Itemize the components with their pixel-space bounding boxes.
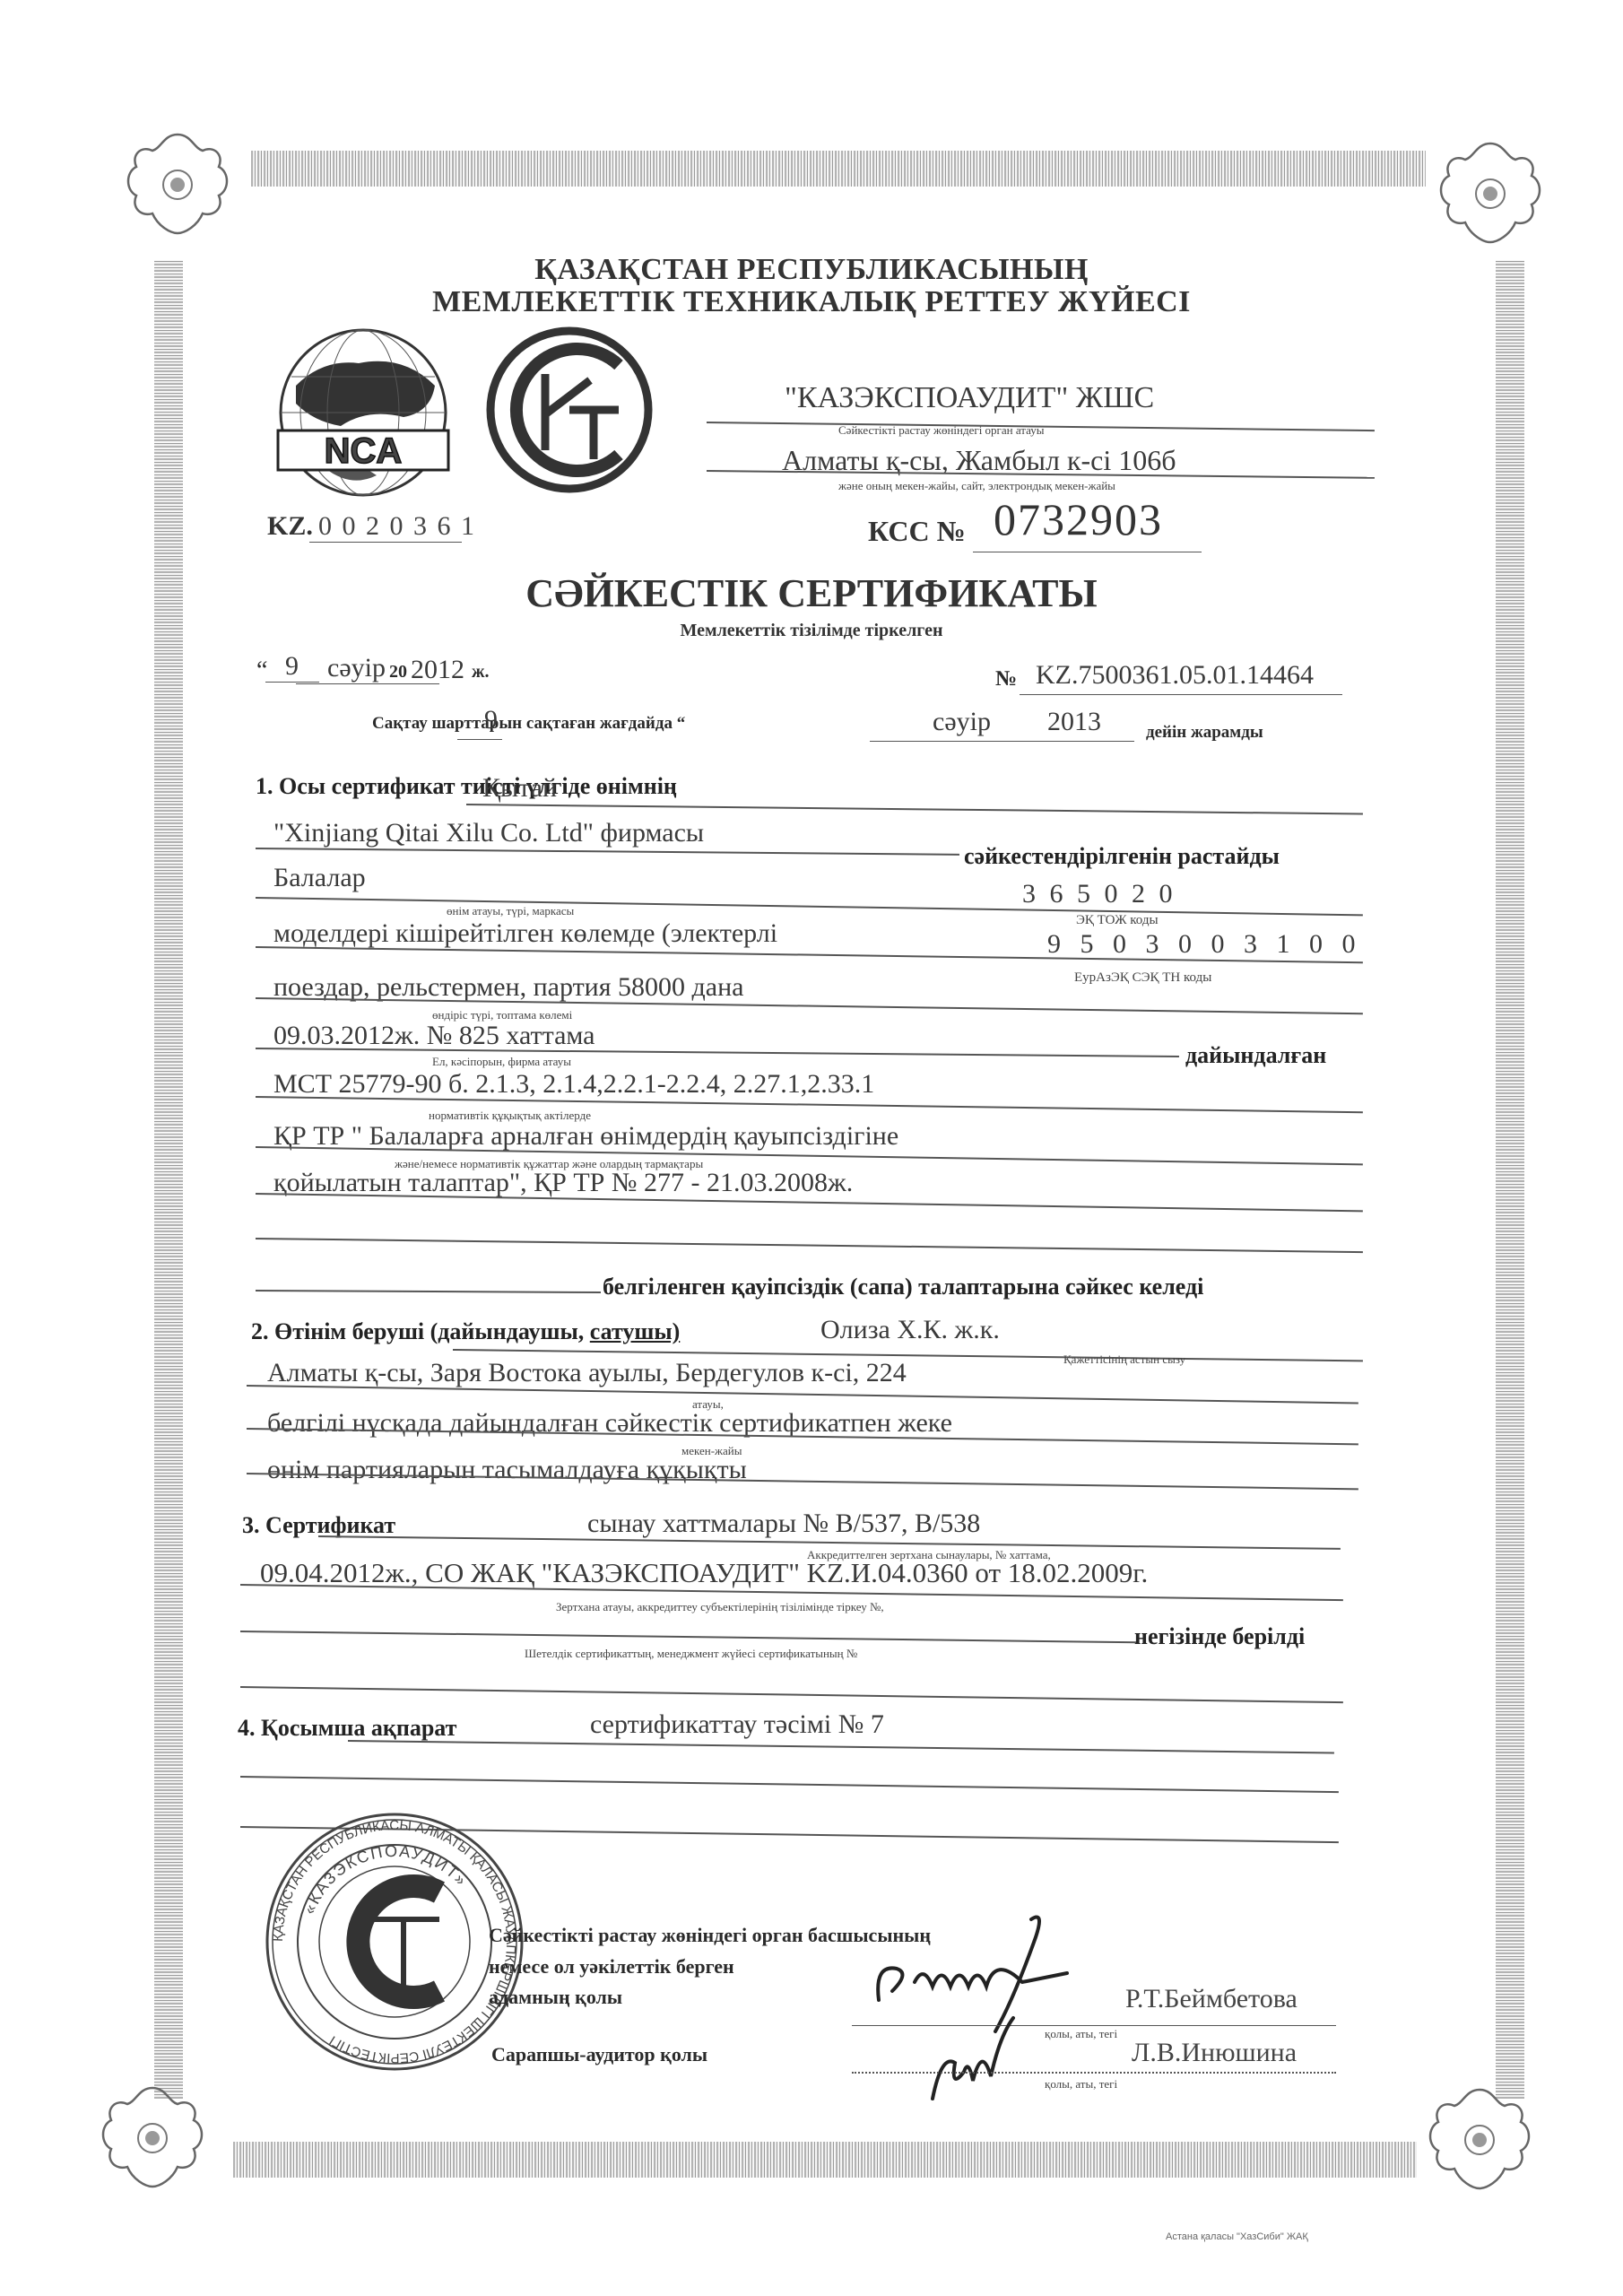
rule	[256, 1048, 1179, 1057]
product-caption: өнім атауы, түрі, маркасы	[447, 904, 574, 918]
rosette-icon	[115, 126, 240, 251]
auditor-signature-scribble-icon	[906, 2009, 1040, 2117]
ektozh-code: 3 6 5 0 2 0	[1022, 879, 1176, 909]
rule	[852, 2072, 1336, 2074]
nca-globe-logo-icon: NCA	[269, 323, 457, 502]
section1-confirms: сәйкестендірілгенін растайды	[964, 843, 1280, 870]
issue-number: KZ.7500361.05.01.14464	[1036, 660, 1314, 691]
section3-lab: 09.04.2012ж., СО ЖАҚ "КАЗЭКСПОАУДИТ" KZ.…	[260, 1557, 1148, 1589]
head-name: Р.Т.Беймбетова	[1125, 1984, 1298, 2014]
auditor-label: Сарапшы-аудитор қолы	[491, 2043, 707, 2066]
issue-month: сәуір	[327, 653, 386, 683]
tnved-caption: ЕурАзЭҚ СЭҚ ТН коды	[1074, 970, 1211, 986]
kz-number: 0 0 2 0 3 6 1	[318, 511, 476, 542]
rule	[457, 739, 502, 740]
issue-day: 9	[285, 651, 299, 682]
kt-conformity-logo-icon	[484, 325, 655, 495]
rule	[870, 741, 1134, 742]
svg-text:NCA: NCA	[325, 431, 403, 471]
printer-note: Астана қаласы "ХазСиби" ЖАҚ	[1166, 2231, 1308, 2242]
section2-label-start: 2. Өтінім беруші (дайындаушы,	[251, 1318, 590, 1344]
rule	[1020, 694, 1342, 695]
section1-product-line1: Балалар	[273, 863, 366, 893]
section1-conforms: белгіленген қауіпсіздік (сапа) талаптары…	[603, 1274, 1203, 1300]
tnved-code: 9 5 0 3 0 0 3 1 0 0	[1047, 929, 1362, 960]
validity-prefix: Сақтау шарттарын сақтаған жағдайда “	[372, 714, 685, 734]
section2-label: 2. Өтінім беруші (дайындаушы, сатушы)	[251, 1318, 680, 1345]
section4-label: 4. Қосымша ақпарат	[238, 1715, 456, 1742]
section1-country: Қытай	[482, 773, 557, 804]
rule	[256, 1238, 1363, 1253]
rule	[240, 1631, 1137, 1643]
section3-issued: негізінде берілді	[1134, 1623, 1305, 1650]
rule	[240, 1776, 1339, 1793]
section1-manufactured: дайындалған	[1185, 1042, 1326, 1069]
ektozh-caption: ЭҚ ТОЖ коды	[1076, 913, 1159, 928]
issue-year-suffix: ж.	[472, 662, 490, 683]
rosette-icon	[90, 2079, 215, 2205]
bottom-border	[233, 2142, 1417, 2178]
rule	[240, 1686, 1343, 1703]
section1-firm: "Xinjiang Qitai Xilu Co. Ltd" фирмасы	[273, 818, 704, 848]
validity-year: 2013	[1047, 707, 1101, 737]
certificate-title: СӘЙКЕСТІК СЕРТИФИКАТЫ	[0, 570, 1623, 616]
certificate-subtitle: Мемлекеттік тізілімде тіркелген	[0, 621, 1623, 641]
validity-day: 9	[484, 705, 498, 735]
section1-regulation-line1: ҚР ТР " Балаларға арналған өнімдердің қа…	[273, 1121, 898, 1152]
foreign-caption: Шетелдік сертификаттың, менеджмент жүйес…	[525, 1647, 857, 1661]
rule	[466, 804, 1363, 814]
rule	[256, 1290, 601, 1293]
left-border	[154, 260, 183, 2099]
kcc-label: КСС №	[868, 515, 966, 548]
issue-year: 2012	[411, 655, 464, 685]
kz-prefix: KZ.	[267, 511, 313, 542]
rule	[256, 848, 959, 856]
rule	[256, 997, 1363, 1014]
rule	[973, 552, 1202, 552]
validity-month: сәуір	[933, 707, 991, 737]
lab-caption: Зертхана атауы, аккредиттеу субъектілері…	[556, 1600, 884, 1614]
kcc-number: 0732903	[994, 493, 1163, 545]
section2-right-line2: өнім партияларын тасымалдауға құқықты	[267, 1455, 747, 1485]
header-line1: ҚАЗАҚСТАН РЕСПУБЛИКАСЫНЫҢ	[0, 253, 1623, 287]
rule	[256, 897, 1363, 916]
section3-protocols: сынау хаттмалары № В/537, В/538	[587, 1509, 980, 1539]
section1-label: 1. Осы сертификат тиісті үлгіде өнімнің	[256, 773, 677, 800]
section4-info: сертификаттау тәсімі № 7	[590, 1709, 884, 1740]
rule	[309, 542, 462, 543]
manufacturer-caption: Ел, кәсіпорын, фирма атауы	[432, 1055, 571, 1069]
validity-suffix: дейін жарамды	[1146, 723, 1263, 743]
applicant-caption: Қажеттісінің астын сызу	[1063, 1352, 1185, 1367]
issue-year-prefix: 20	[389, 662, 407, 683]
issue-number-label: №	[995, 667, 1017, 691]
right-border	[1496, 260, 1524, 2099]
auditor-name: Л.В.Инюшина	[1132, 2038, 1297, 2068]
rule	[348, 1740, 1334, 1753]
section1-protocol: 09.03.2012ж. № 825 хаттама	[273, 1021, 595, 1051]
body-org-name: "КАЗЭКСПОАУДИТ" ЖШС	[785, 381, 1154, 415]
head-caption: қолы, аты, тегі	[1045, 2027, 1117, 2041]
body-org-name-caption: Сәйкестікті растау жөніндегі орган атауы	[838, 423, 1045, 438]
section2-applicant: Олиза Х.К. ж.к.	[820, 1315, 1000, 1345]
body-org-address-caption: және оның мекен-жайы, сайт, электрондық …	[838, 479, 1115, 493]
head-signature-line3: адамның қолы	[489, 1986, 622, 2009]
section2-label-underlined: сатушы)	[590, 1318, 681, 1344]
section1-product-line2: моделдері кішірейтілген көлемде (электер…	[273, 918, 777, 949]
head-signature-line2: немесе ол уәкілеттік берген	[489, 1955, 734, 1979]
section1-standard: МСТ 25779-90 б. 2.1.3, 2.1.4,2.2.1-2.2.4…	[273, 1069, 874, 1100]
rosette-icon	[1428, 135, 1553, 260]
section2-address: Алматы қ-сы, Заря Востока ауылы, Бердегу…	[267, 1358, 907, 1388]
header-line2: МЕМЛЕКЕТТІК ТЕХНИКАЛЫҚ РЕТТЕУ ЖҮЙЕСІ	[0, 285, 1623, 319]
auditor-caption: қолы, аты, тегі	[1045, 2077, 1117, 2092]
rule	[265, 682, 319, 683]
top-border	[251, 151, 1426, 187]
rosette-icon	[1417, 2081, 1542, 2206]
